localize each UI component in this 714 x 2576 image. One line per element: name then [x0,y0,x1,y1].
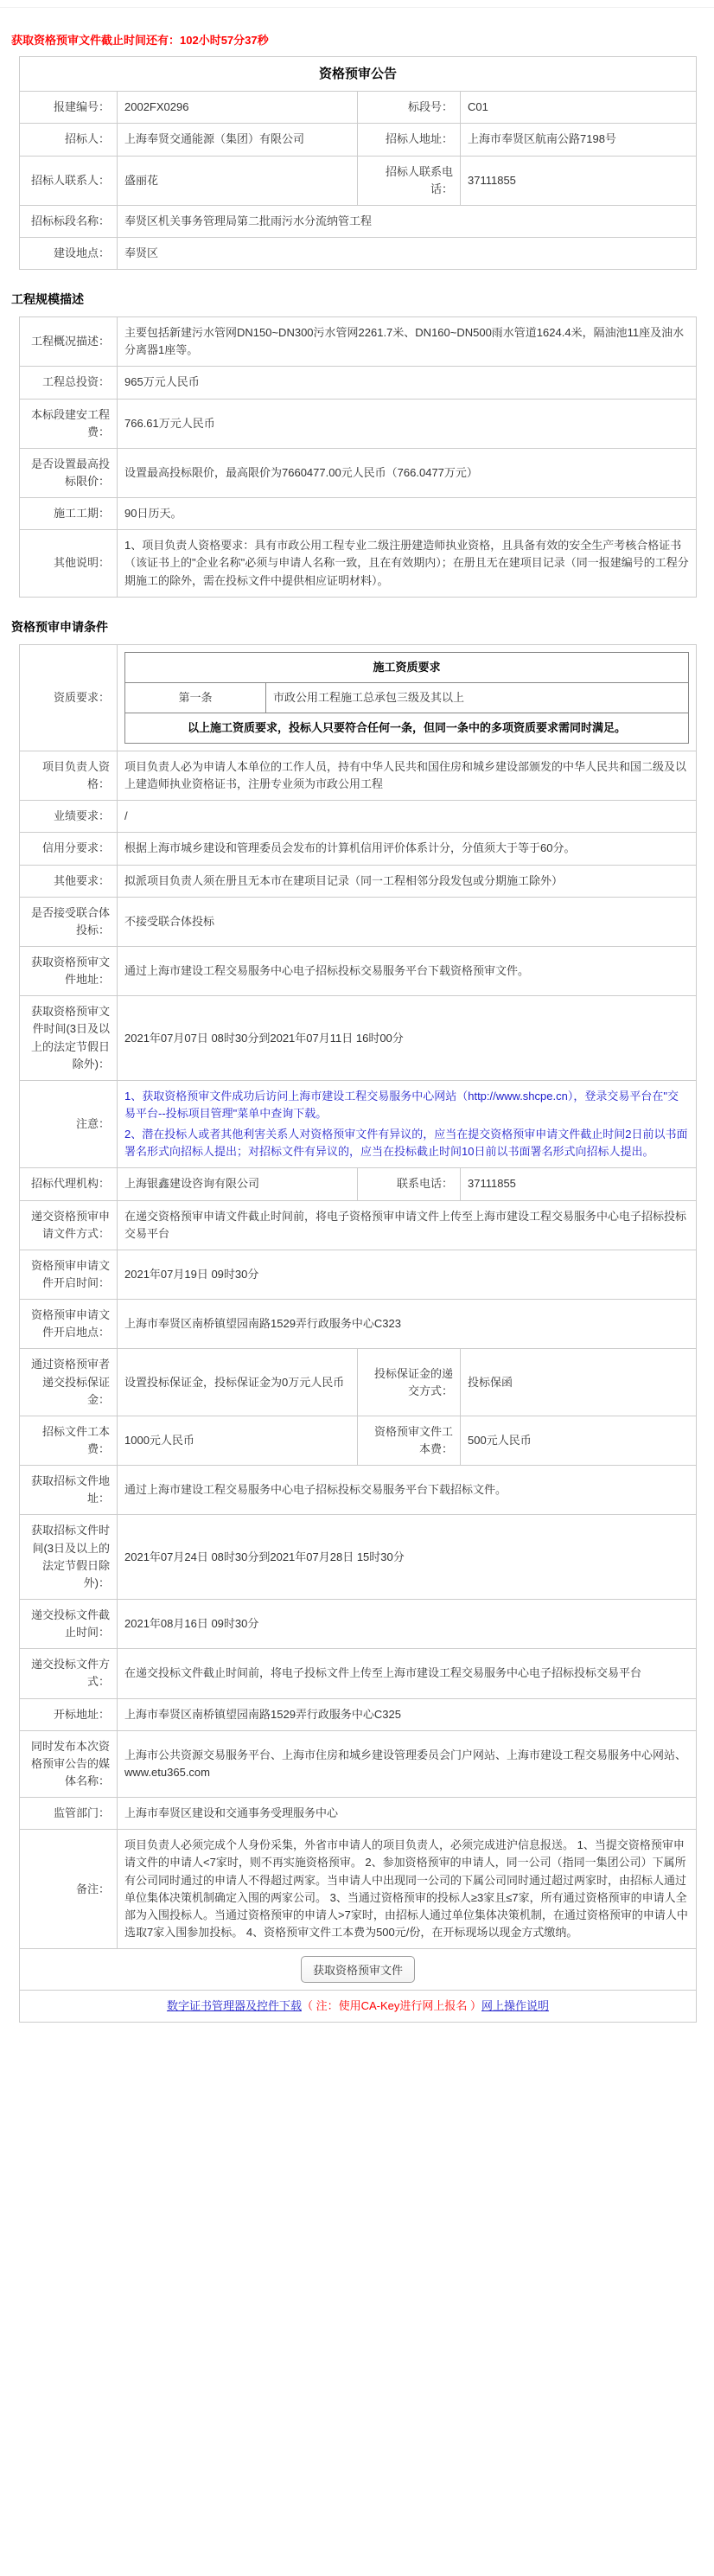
table-row: 资格预审申请文件开启时间： 2021年07月19日 09时30分 [20,1250,697,1299]
field-label: 资格预审文件工本费： [358,1416,461,1465]
table-row: 其他要求： 拟派项目负责人须在册且无本市在建项目记录（同一工程相邻分段发包或分期… [20,865,697,897]
notice-row: 注意： 1、获取资格预审文件成功后访问上海市建设工程交易服务中心网站（http:… [20,1080,697,1168]
field-value: 上海银鑫建设咨询有限公司 [118,1168,358,1200]
qualification-row: 资质要求： 施工资质要求 第一条 市政公用工程施工总承包三级及其以上 以上施工资… [20,644,697,751]
table-row: 开标地址： 上海市奉贤区南桥镇望园南路1529弄行政服务中心C325 [20,1698,697,1730]
field-value: 2021年07月07日 08时30分到2021年07月11日 16时00分 [118,996,697,1081]
table-row: 是否接受联合体投标： 不接受联合体投标 [20,897,697,946]
table-row: 递交投标文件截止时间： 2021年08月16日 09时30分 [20,1599,697,1648]
field-label: 招标人： [20,124,118,156]
basic-info-table: 资格预审公告 报建编号： 2002FX0296 标段号： C01 招标人： 上海… [19,56,697,270]
field-value: C01 [461,92,697,124]
online-guide-link[interactable]: 网上操作说明 [481,1999,549,2012]
table-row: 招标标段名称： 奉贤区机关事务管理局第二批雨污水分流纳管工程 [20,205,697,237]
table-row: 监管部门： 上海市奉贤区建设和交通事务受理服务中心 [20,1798,697,1830]
field-label: 信用分要求： [20,833,118,865]
table-row: 递交投标文件方式： 在递交投标文件截止时间前，将电子投标文件上传至上海市建设工程… [20,1649,697,1698]
table-row: 本标段建安工程费： 766.61万元人民币 [20,399,697,448]
field-label: 招标标段名称： [20,205,118,237]
table-row: 获取资格预审文件时间(3日及以上的法定节假日除外)： 2021年07月07日 0… [20,996,697,1081]
table-row: 项目负责人资格： 项目负责人必为申请人本单位的工作人员，持有中华人民共和国住房和… [20,751,697,801]
field-label: 递交资格预审申请文件方式： [20,1200,118,1250]
field-value: 项目负责人必须完成个人身份采集，外省市申请人的项目负责人，必须完成进沪信息报送。… [118,1830,697,1949]
field-label: 业绩要求： [20,801,118,833]
table-row: 招标代理机构： 上海银鑫建设咨询有限公司 联系电话： 37111855 [20,1168,697,1200]
field-value: / [118,801,697,833]
field-label: 工程概况描述： [20,317,118,367]
qualification-note: 以上施工资质要求，投标人只要符合任何一条，但同一条中的多项资质要求需同时满足。 [125,713,689,743]
field-label: 招标人联系电话： [358,156,461,205]
field-value: 上海市奉贤区航南公路7198号 [461,124,697,156]
field-value: 根据上海市城乡建设和管理委员会发布的计算机信用评价体系计分，分值须大于等于60分… [118,833,697,865]
table-row: 获取招标文件时间(3日及以上的法定节假日除外)： 2021年07月24日 08时… [20,1515,697,1600]
field-value: 投标保函 [461,1349,697,1416]
section-heading-prequal: 资格预审申请条件 [11,618,714,636]
field-value: 上海市奉贤区建设和交通事务受理服务中心 [118,1798,697,1830]
table-row: 递交资格预审申请文件方式： 在递交资格预审申请文件截止时间前，将电子资格预审申请… [20,1200,697,1250]
field-label: 建设地点： [20,237,118,269]
field-value: 通过上海市建设工程交易服务中心电子招标投标交易服务平台下载资格预审文件。 [118,947,697,996]
table-row: 信用分要求： 根据上海市城乡建设和管理委员会发布的计算机信用评价体系计分，分值须… [20,833,697,865]
field-value: 2002FX0296 [118,92,358,124]
table-row: 工程概况描述： 主要包括新建污水管网DN150~DN300污水管网2261.7米… [20,317,697,367]
field-value: 不接受联合体投标 [118,897,697,946]
table-row: 招标人联系人： 盛丽花 招标人联系电话： 37111855 [20,156,697,205]
field-label: 标段号： [358,92,461,124]
get-prequal-doc-button[interactable]: 获取资格预审文件 [301,1956,415,1983]
ca-key-note: （ 注：使用CA-Key进行网上报名 ） [302,1999,481,2012]
field-value: 90日历天。 [118,498,697,530]
table-row: 其他说明： 1、项目负责人资格要求：具有市政公用工程专业二级注册建造师执业资格，… [20,530,697,597]
field-value: 2021年07月24日 08时30分到2021年07月28日 15时30分 [118,1515,697,1600]
field-label: 招标人地址： [358,124,461,156]
field-label: 报建编号： [20,92,118,124]
table-title-row: 资格预审公告 [20,57,697,92]
field-label: 资格预审申请文件开启地点： [20,1300,118,1349]
field-label: 监管部门： [20,1798,118,1830]
qualification-item-no: 第一条 [125,682,266,713]
field-label: 是否设置最高投标限价： [20,448,118,497]
table-row: 建设地点： 奉贤区 [20,237,697,269]
field-label: 获取招标文件地址： [20,1466,118,1515]
field-value: 766.61万元人民币 [118,399,697,448]
prequal-table: 资质要求： 施工资质要求 第一条 市政公用工程施工总承包三级及其以上 以上施工资… [19,644,697,2023]
field-label: 工程总投资： [20,367,118,399]
table-row: 第一条 市政公用工程施工总承包三级及其以上 [125,682,689,713]
field-label: 联系电话： [358,1168,461,1200]
field-label: 本标段建安工程费： [20,399,118,448]
field-label: 资格预审申请文件开启时间： [20,1250,118,1299]
table-row: 备注： 项目负责人必须完成个人身份采集，外省市申请人的项目负责人，必须完成进沪信… [20,1830,697,1949]
field-label: 获取资格预审文件时间(3日及以上的法定节假日除外)： [20,996,118,1081]
links-row: 数字证书管理器及控件下载（ 注：使用CA-Key进行网上报名 ）网上操作说明 [20,1991,697,2023]
field-label: 其他要求： [20,865,118,897]
field-label: 获取资格预审文件地址： [20,947,118,996]
field-label: 递交投标文件方式： [20,1649,118,1698]
table-row: 获取招标文件地址： 通过上海市建设工程交易服务中心电子招标投标交易服务平台下载招… [20,1466,697,1515]
field-value: 上海奉贤交通能源（集团）有限公司 [118,124,358,156]
bottom-whitespace [0,2023,714,2576]
field-value: 主要包括新建污水管网DN150~DN300污水管网2261.7米、DN160~D… [118,317,697,367]
field-label: 通过资格预审者递交投标保证金： [20,1349,118,1416]
table-row: 资格预审申请文件开启地点： 上海市奉贤区南桥镇望园南路1529弄行政服务中心C3… [20,1300,697,1349]
links-cell: 数字证书管理器及控件下载（ 注：使用CA-Key进行网上报名 ）网上操作说明 [20,1991,697,2023]
field-label: 注意： [20,1080,118,1168]
field-label: 是否接受联合体投标： [20,897,118,946]
notice-cell: 1、获取资格预审文件成功后访问上海市建设工程交易服务中心网站（http://ww… [118,1080,697,1168]
construction-qualification-table: 施工资质要求 第一条 市政公用工程施工总承包三级及其以上 以上施工资质要求，投标… [124,652,689,744]
table-row: 同时发布本次资格预审公告的媒体名称： 上海市公共资源交易服务平台、上海市住房和城… [20,1730,697,1797]
field-value: 1、项目负责人资格要求：具有市政公用工程专业二级注册建造师执业资格，且具备有效的… [118,530,697,597]
field-value: 设置最高投标限价，最高限价为7660477.00元人民币（766.0477万元） [118,448,697,497]
field-label: 施工工期： [20,498,118,530]
field-value: 2021年07月19日 09时30分 [118,1250,697,1299]
table-row: 以上施工资质要求，投标人只要符合任何一条，但同一条中的多项资质要求需同时满足。 [125,713,689,743]
countdown-time: 102小时57分37秒 [180,34,269,47]
table-row: 施工资质要求 [125,652,689,682]
field-label: 获取招标文件时间(3日及以上的法定节假日除外)： [20,1515,118,1600]
field-value: 奉贤区 [118,237,697,269]
countdown-banner: 获取资格预审文件截止时间还有：102小时57分37秒 [11,31,714,48]
field-value: 上海市奉贤区南桥镇望园南路1529弄行政服务中心C323 [118,1300,697,1349]
field-value: 965万元人民币 [118,367,697,399]
qualification-header: 施工资质要求 [125,652,689,682]
field-value: 上海市奉贤区南桥镇望园南路1529弄行政服务中心C325 [118,1698,697,1730]
notice-line-2: 2、潜在投标人或者其他利害关系人对资格预审文件有异议的，应当在提交资格预审申请文… [124,1126,689,1160]
button-row: 获取资格预审文件 [20,1949,697,1991]
field-value: 500元人民币 [461,1416,697,1465]
field-label: 备注： [20,1830,118,1949]
top-divider [0,7,714,8]
field-value: 奉贤区机关事务管理局第二批雨污水分流纳管工程 [118,205,697,237]
table-row: 获取资格预审文件地址： 通过上海市建设工程交易服务中心电子招标投标交易服务平台下… [20,947,697,996]
page-title: 资格预审公告 [20,57,697,92]
qualification-cell: 施工资质要求 第一条 市政公用工程施工总承包三级及其以上 以上施工资质要求，投标… [118,644,697,751]
field-value: 37111855 [461,156,697,205]
table-row: 招标人： 上海奉贤交通能源（集团）有限公司 招标人地址： 上海市奉贤区航南公路7… [20,124,697,156]
notice-line-1: 1、获取资格预审文件成功后访问上海市建设工程交易服务中心网站（http://ww… [124,1088,689,1122]
table-row: 通过资格预审者递交投标保证金： 设置投标保证金，投标保证金为0万元人民币 投标保… [20,1349,697,1416]
field-label: 资质要求： [20,644,118,751]
field-value: 37111855 [461,1168,697,1200]
field-value: 在递交投标文件截止时间前，将电子投标文件上传至上海市建设工程交易服务中心电子招标… [118,1649,697,1698]
field-label: 同时发布本次资格预审公告的媒体名称： [20,1730,118,1797]
table-row: 招标文件工本费： 1000元人民币 资格预审文件工本费： 500元人民币 [20,1416,697,1465]
field-label: 开标地址： [20,1698,118,1730]
field-value: 设置投标保证金，投标保证金为0万元人民币 [118,1349,358,1416]
field-value: 通过上海市建设工程交易服务中心电子招标投标交易服务平台下载招标文件。 [118,1466,697,1515]
field-label: 招标人联系人： [20,156,118,205]
field-value: 上海市公共资源交易服务平台、上海市住房和城乡建设管理委员会门户网站、上海市建设工… [118,1730,697,1797]
table-row: 业绩要求： / [20,801,697,833]
field-label: 招标代理机构： [20,1168,118,1200]
countdown-label: 获取资格预审文件截止时间还有： [11,34,180,47]
field-label: 递交投标文件截止时间： [20,1599,118,1648]
cert-manager-download-link[interactable]: 数字证书管理器及控件下载 [167,1999,302,2012]
field-label: 其他说明： [20,530,118,597]
table-row: 是否设置最高投标限价： 设置最高投标限价，最高限价为7660477.00元人民币… [20,448,697,497]
field-value: 盛丽花 [118,156,358,205]
table-row: 施工工期： 90日历天。 [20,498,697,530]
field-value: 项目负责人必为申请人本单位的工作人员，持有中华人民共和国住房和城乡建设部颁发的中… [118,751,697,801]
field-value: 1000元人民币 [118,1416,358,1465]
field-label: 投标保证金的递交方式： [358,1349,461,1416]
field-value: 在递交资格预审申请文件截止时间前，将电子资格预审申请文件上传至上海市建设工程交易… [118,1200,697,1250]
field-value: 拟派项目负责人须在册且无本市在建项目记录（同一工程相邻分段发包或分期施工除外） [118,865,697,897]
field-value: 2021年08月16日 09时30分 [118,1599,697,1648]
field-label: 项目负责人资格： [20,751,118,801]
table-row: 工程总投资： 965万元人民币 [20,367,697,399]
scale-table: 工程概况描述： 主要包括新建污水管网DN150~DN300污水管网2261.7米… [19,316,697,598]
section-heading-scale: 工程规模描述 [11,291,714,308]
qualification-item-text: 市政公用工程施工总承包三级及其以上 [266,682,689,713]
table-row: 报建编号： 2002FX0296 标段号： C01 [20,92,697,124]
button-cell: 获取资格预审文件 [20,1949,697,1991]
field-label: 招标文件工本费： [20,1416,118,1465]
